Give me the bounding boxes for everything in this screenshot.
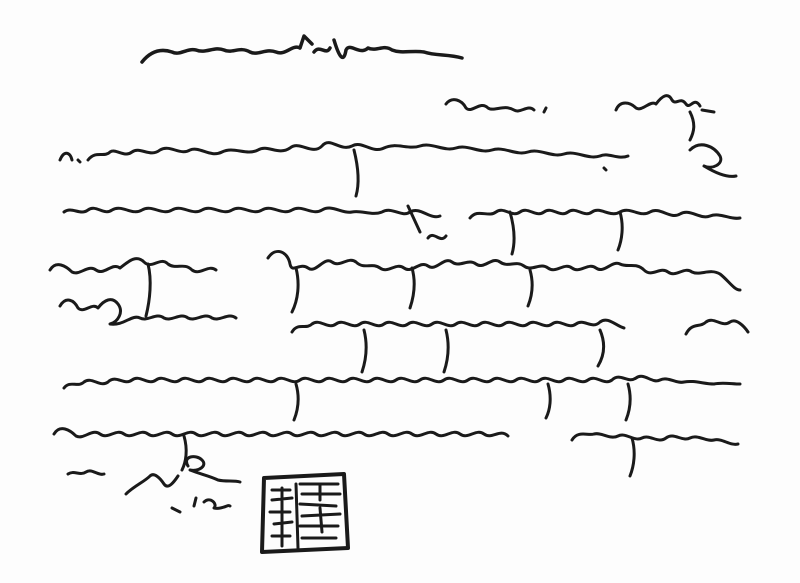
manuscript-page: Tibetan cursive (dbu-med) [0, 0, 800, 583]
body-line-6 [54, 429, 738, 476]
body-line-2 [64, 206, 740, 254]
body-line-5 [64, 376, 740, 420]
seal [262, 474, 348, 552]
body-line-1 [60, 143, 736, 196]
body-line-4 [60, 300, 748, 372]
address-line [446, 96, 714, 140]
heading-line [142, 36, 462, 62]
handwriting-layer [0, 0, 800, 583]
signature [68, 457, 240, 512]
body-line-3 [50, 251, 740, 316]
